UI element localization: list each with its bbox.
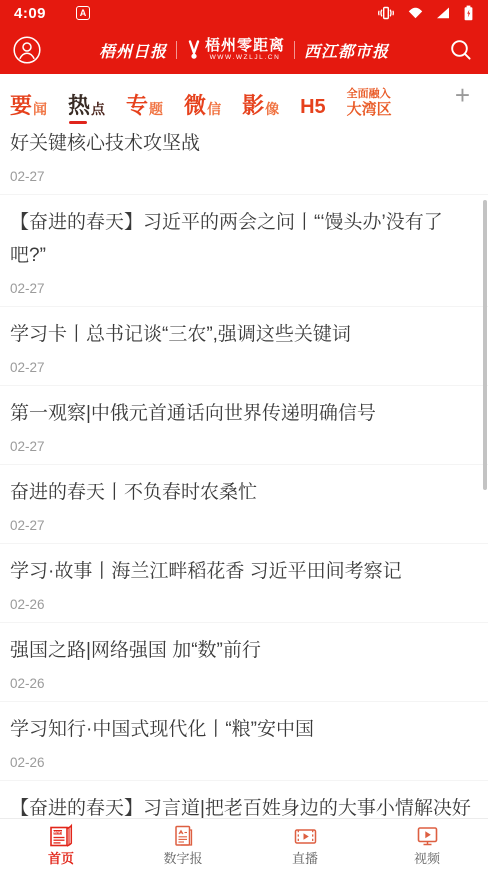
logo-divider: [176, 41, 177, 59]
cell-signal-icon: [436, 7, 450, 19]
news-item[interactable]: 学习知行·中国式现代化丨“粮”安中国 02-26: [0, 702, 488, 781]
tab-h5[interactable]: H5: [300, 97, 326, 117]
news-title: 学习·故事丨海兰江畔稻花香 习近平田间考察记: [10, 555, 478, 588]
newspaper-icon: NEWS: [48, 823, 75, 850]
tab-dawanqu[interactable]: 全面融入 大湾区: [347, 89, 392, 117]
wuzhou-daily-logo: 梧州日报: [99, 39, 167, 62]
avatar-icon: [12, 35, 42, 65]
bottom-nav: NEWS 首页 数字报: [0, 818, 488, 869]
news-date: 02-26: [10, 676, 478, 691]
news-date: 02-26: [10, 755, 478, 770]
news-title: 强国之路|网络强国 加“数”前行: [10, 634, 478, 667]
news-date: 02-27: [10, 439, 478, 454]
nav-video[interactable]: 视频: [366, 819, 488, 869]
news-item[interactable]: 学习卡丨总书记谈“三农”,强调这些关键词 02-27: [0, 307, 488, 386]
search-icon: [448, 37, 474, 63]
nav-label: 首页: [48, 852, 74, 865]
nav-live[interactable]: 直播: [244, 819, 366, 869]
news-date: 02-27: [10, 360, 478, 375]
battery-charging-icon: [463, 5, 474, 21]
nav-label: 直播: [292, 852, 318, 865]
news-title: 好关键核心技术攻坚战: [10, 127, 478, 160]
tab-redian[interactable]: 热点: [68, 95, 105, 117]
nav-home[interactable]: NEWS 首页: [0, 819, 122, 869]
scrollbar-thumb[interactable]: [483, 200, 487, 490]
wzljl-logo: 梧州零距离 WWW.WZLJL.CN: [186, 38, 285, 62]
wzljl-name: 梧州零距离: [205, 38, 285, 53]
tab-yingxiang[interactable]: 影像: [242, 95, 279, 117]
nav-digital-paper[interactable]: 数字报: [122, 819, 244, 869]
status-time: 4:09: [14, 5, 46, 22]
news-title: 【奋进的春天】习近平的两会之问丨“‘馒头办’没有了吧?”: [10, 206, 478, 272]
news-title: 学习知行·中国式现代化丨“粮”安中国: [10, 713, 478, 746]
tab-zhuanti[interactable]: 专题: [126, 95, 163, 117]
nav-label: 视频: [414, 852, 440, 865]
search-button[interactable]: [446, 35, 476, 65]
vibrate-icon: [377, 6, 395, 20]
add-channel-button[interactable]: +: [455, 82, 478, 110]
logo-divider: [294, 41, 295, 59]
app-header: 梧州日报 梧州零距离 WWW.WZLJL.CN 西江都市报: [0, 26, 488, 74]
news-item[interactable]: 第一观察|中俄元首通话向世界传递明确信号 02-27: [0, 386, 488, 465]
tab-yaowen[interactable]: 要闻: [10, 95, 47, 117]
live-stream-icon: [292, 823, 319, 850]
news-date: 02-26: [10, 597, 478, 612]
tab-weixin[interactable]: 微信: [184, 95, 221, 117]
profile-avatar-button[interactable]: [12, 35, 42, 65]
wifi-icon: [408, 7, 423, 19]
news-title: 奋进的春天丨不负春时农桑忙: [10, 476, 478, 509]
news-date: 02-27: [10, 169, 478, 184]
digital-paper-icon: [170, 823, 197, 850]
news-item[interactable]: 奋进的春天丨不负春时农桑忙 02-27: [0, 465, 488, 544]
xijiang-metro-logo: 西江都市报: [304, 39, 389, 62]
news-list: 好关键核心技术攻坚战 02-27 【奋进的春天】习近平的两会之问丨“‘馒头办’没…: [0, 125, 488, 818]
masthead-logos: 梧州日报 梧州零距离 WWW.WZLJL.CN 西江都市报: [42, 38, 446, 62]
category-tabs: 要闻 热点 专题 微信 影像 H5 全面融入 大湾区 +: [0, 74, 488, 125]
status-bar: 4:09 A: [0, 0, 488, 26]
nav-label: 数字报: [163, 852, 202, 865]
news-title: 【奋进的春天】习言道|把老百姓身边的大事小情解决好: [10, 792, 478, 818]
news-item[interactable]: 强国之路|网络强国 加“数”前行 02-26: [0, 623, 488, 702]
svg-text:NEWS: NEWS: [52, 830, 62, 834]
news-item[interactable]: 学习·故事丨海兰江畔稻花香 习近平田间考察记 02-26: [0, 544, 488, 623]
video-icon: [414, 823, 441, 850]
news-item[interactable]: 好关键核心技术攻坚战 02-27: [0, 125, 488, 195]
app-screen: 4:09 A 梧州: [0, 0, 488, 869]
wzljl-url: WWW.WZLJL.CN: [210, 55, 281, 62]
news-item[interactable]: 【奋进的春天】习言道|把老百姓身边的大事小情解决好 02-26: [0, 781, 488, 818]
news-date: 02-27: [10, 281, 478, 296]
news-title: 学习卡丨总书记谈“三农”,强调这些关键词: [10, 318, 478, 351]
news-title: 第一观察|中俄元首通话向世界传递明确信号: [10, 397, 478, 430]
news-date: 02-27: [10, 518, 478, 533]
notification-letter-icon: A: [76, 6, 90, 20]
news-item[interactable]: 【奋进的春天】习近平的两会之问丨“‘馒头办’没有了吧?” 02-27: [0, 195, 488, 307]
victory-hand-icon: [186, 40, 202, 60]
active-tab-underline: [69, 121, 87, 124]
